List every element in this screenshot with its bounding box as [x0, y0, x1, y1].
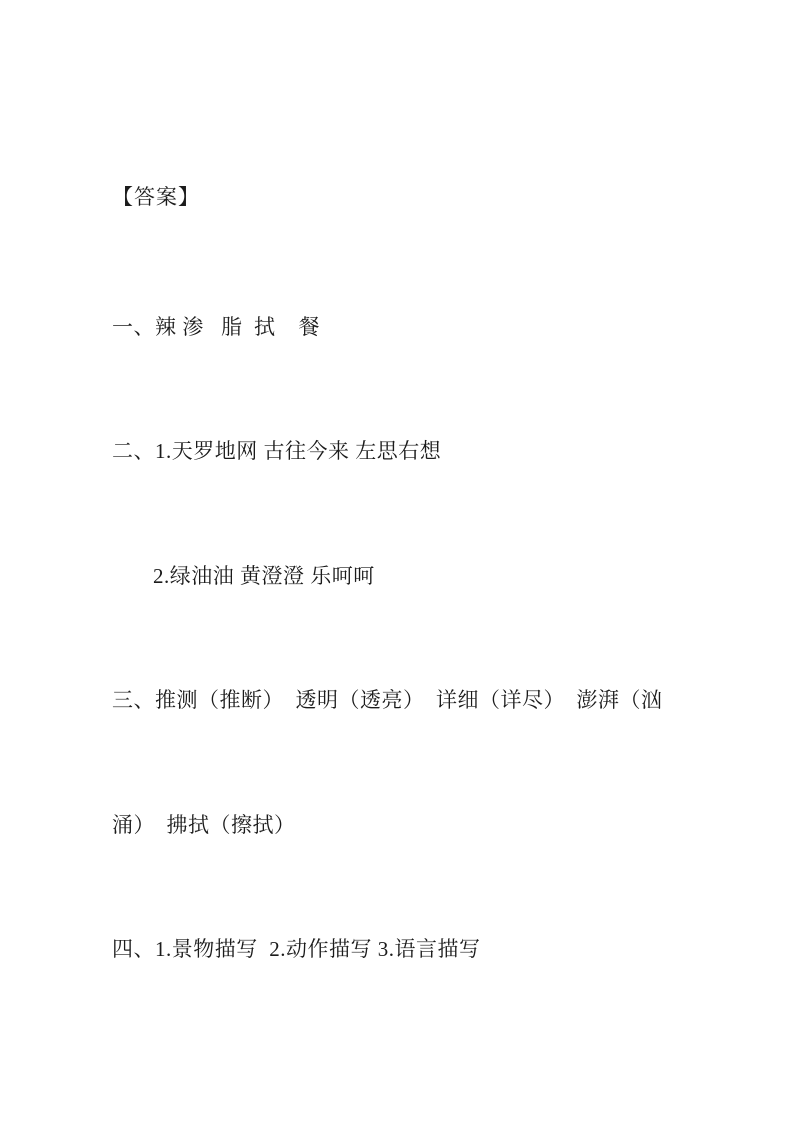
- document-page: 【答案】 一、辣 渗 脂 拭 餐 二、1.天罗地网 古往今来 左思右想 2.绿油…: [0, 0, 793, 1122]
- answer-line-section-2-item-2: 2.绿油油 黄澄澄 乐呵呵: [112, 556, 698, 598]
- answer-line-section-2-item-1: 二、1.天罗地网 古往今来 左思右想: [112, 431, 698, 473]
- answer-line-section-3-line-2: 涌） 拂拭（擦拭）: [112, 805, 698, 847]
- answer-line-section-1: 一、辣 渗 脂 拭 餐: [112, 307, 698, 349]
- answer-line-section-3-line-1: 三、推测（推断） 透明（透亮） 详细（详尽） 澎湃（汹: [112, 680, 698, 722]
- answer-line-section-4: 四、1.景物描写 2.动作描写 3.语言描写: [112, 929, 698, 971]
- answer-key-block: 【答案】 一、辣 渗 脂 拭 餐 二、1.天罗地网 古往今来 左思右想 2.绿油…: [112, 94, 698, 1054]
- answer-key-title: 【答案】: [112, 177, 698, 219]
